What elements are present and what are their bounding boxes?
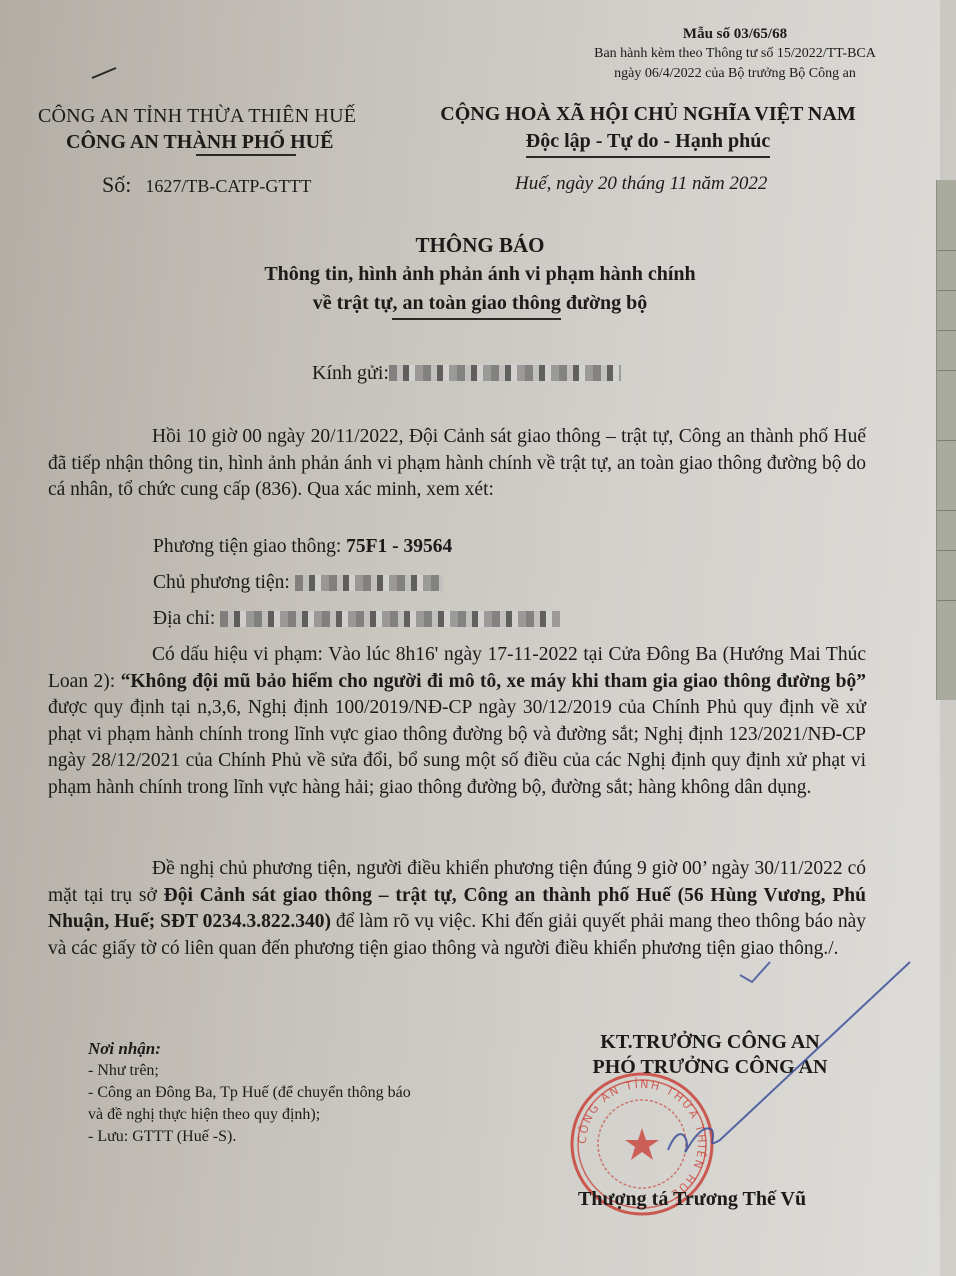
title-sub2-pre: về trật tự bbox=[313, 292, 393, 314]
violation-paragraph: Có dấu hiệu vi phạm: Vào lúc 8h16' ngày … bbox=[48, 642, 866, 801]
intro-paragraph: Hồi 10 giờ 00 ngày 20/11/2022, Đội Cảnh … bbox=[48, 424, 866, 504]
owner-label: Chủ phương tiện: bbox=[153, 572, 290, 593]
title-sub1: Thông tin, hình ảnh phản ánh vi phạm hàn… bbox=[200, 260, 760, 289]
title-sub2: về trật tự, an toàn giao thông đường bộ bbox=[200, 289, 760, 320]
form-note-line2: ngày 06/4/2022 của Bộ trưởng Bộ Công an bbox=[550, 64, 920, 84]
title-sub2-post: đường bộ bbox=[561, 292, 647, 314]
recipient-item: - Công an Đông Ba, Tp Huế (để chuyển thô… bbox=[88, 1082, 411, 1104]
form-code: Mẫu số 03/65/68 bbox=[550, 24, 920, 44]
underlying-sheet-edge bbox=[936, 180, 956, 700]
agency-header: CÔNG AN TỈNH THỪA THIÊN HUẾ CÔNG AN THÀN… bbox=[38, 103, 356, 155]
form-note-line1: Ban hành kèm theo Thông tư số 15/2022/TT… bbox=[550, 44, 920, 64]
document-title: THÔNG BÁO Thông tin, hình ảnh phản ánh v… bbox=[200, 231, 760, 320]
signature-title2: PHÓ TRƯỞNG CÔNG AN bbox=[560, 1055, 860, 1080]
document-number: Số:1627/TB-CATP-GTTT bbox=[102, 172, 311, 198]
title-main: THÔNG BÁO bbox=[200, 231, 760, 260]
title-sub2-underlined: , an toàn giao thông bbox=[392, 289, 560, 320]
vehicle-field: Phương tiện giao thông: 75F1 - 39564 bbox=[153, 536, 452, 558]
request-paragraph: Đề nghị chủ phương tiện, người điều khiể… bbox=[48, 856, 866, 962]
recipients-heading: Nơi nhận: bbox=[88, 1038, 411, 1060]
recipient-item: và đề nghị thực hiện theo quy định); bbox=[88, 1104, 411, 1126]
redacted-recipient bbox=[389, 365, 621, 381]
address-field: Địa chỉ: bbox=[153, 608, 560, 630]
recipient-line: Kính gửi: bbox=[312, 362, 621, 385]
signature-block: KT.TRƯỞNG CÔNG AN PHÓ TRƯỞNG CÔNG AN bbox=[560, 1030, 860, 1080]
recipient-item: - Như trên; bbox=[88, 1060, 411, 1082]
violation-legal-basis: được quy định tại n,3,6, Nghị định 100/2… bbox=[48, 697, 866, 798]
issuing-agency: CÔNG AN THÀNH PHỐ HUẾ bbox=[38, 129, 356, 155]
vehicle-plate: 75F1 - 39564 bbox=[346, 536, 452, 557]
date-line: Huế, ngày 20 tháng 11 năm 2022 bbox=[515, 173, 767, 195]
redacted-address bbox=[220, 611, 560, 627]
vehicle-label: Phương tiện giao thông: bbox=[153, 536, 341, 557]
doc-number-value: 1627/TB-CATP-GTTT bbox=[145, 176, 311, 196]
signer-name: Thượng tá Trương Thế Vũ bbox=[578, 1188, 806, 1211]
form-note: Mẫu số 03/65/68 Ban hành kèm theo Thông … bbox=[550, 24, 920, 84]
recipients-block: Nơi nhận: - Như trên; - Công an Đông Ba,… bbox=[88, 1038, 411, 1148]
recipient-item: - Lưu: GTTT (Huế -S). bbox=[88, 1126, 411, 1148]
parent-agency: CÔNG AN TỈNH THỪA THIÊN HUẾ bbox=[38, 103, 356, 129]
recipient-label: Kính gửi: bbox=[312, 362, 389, 384]
redacted-owner bbox=[295, 575, 443, 591]
violation-description: “Không đội mũ bảo hiểm cho người đi mô t… bbox=[121, 671, 866, 692]
signature-title1: KT.TRƯỞNG CÔNG AN bbox=[560, 1030, 860, 1055]
nation-name: CỘNG HOÀ XÃ HỘI CHỦ NGHĨA VIỆT NAM bbox=[428, 101, 868, 128]
national-header: CỘNG HOÀ XÃ HỘI CHỦ NGHĨA VIỆT NAM Độc l… bbox=[428, 101, 868, 158]
owner-field: Chủ phương tiện: bbox=[153, 572, 443, 594]
national-motto: Độc lập - Tự do - Hạnh phúc bbox=[526, 128, 770, 158]
address-label: Địa chỉ: bbox=[153, 608, 215, 629]
agency-underline bbox=[196, 154, 296, 156]
doc-number-label: Số: bbox=[102, 172, 131, 197]
